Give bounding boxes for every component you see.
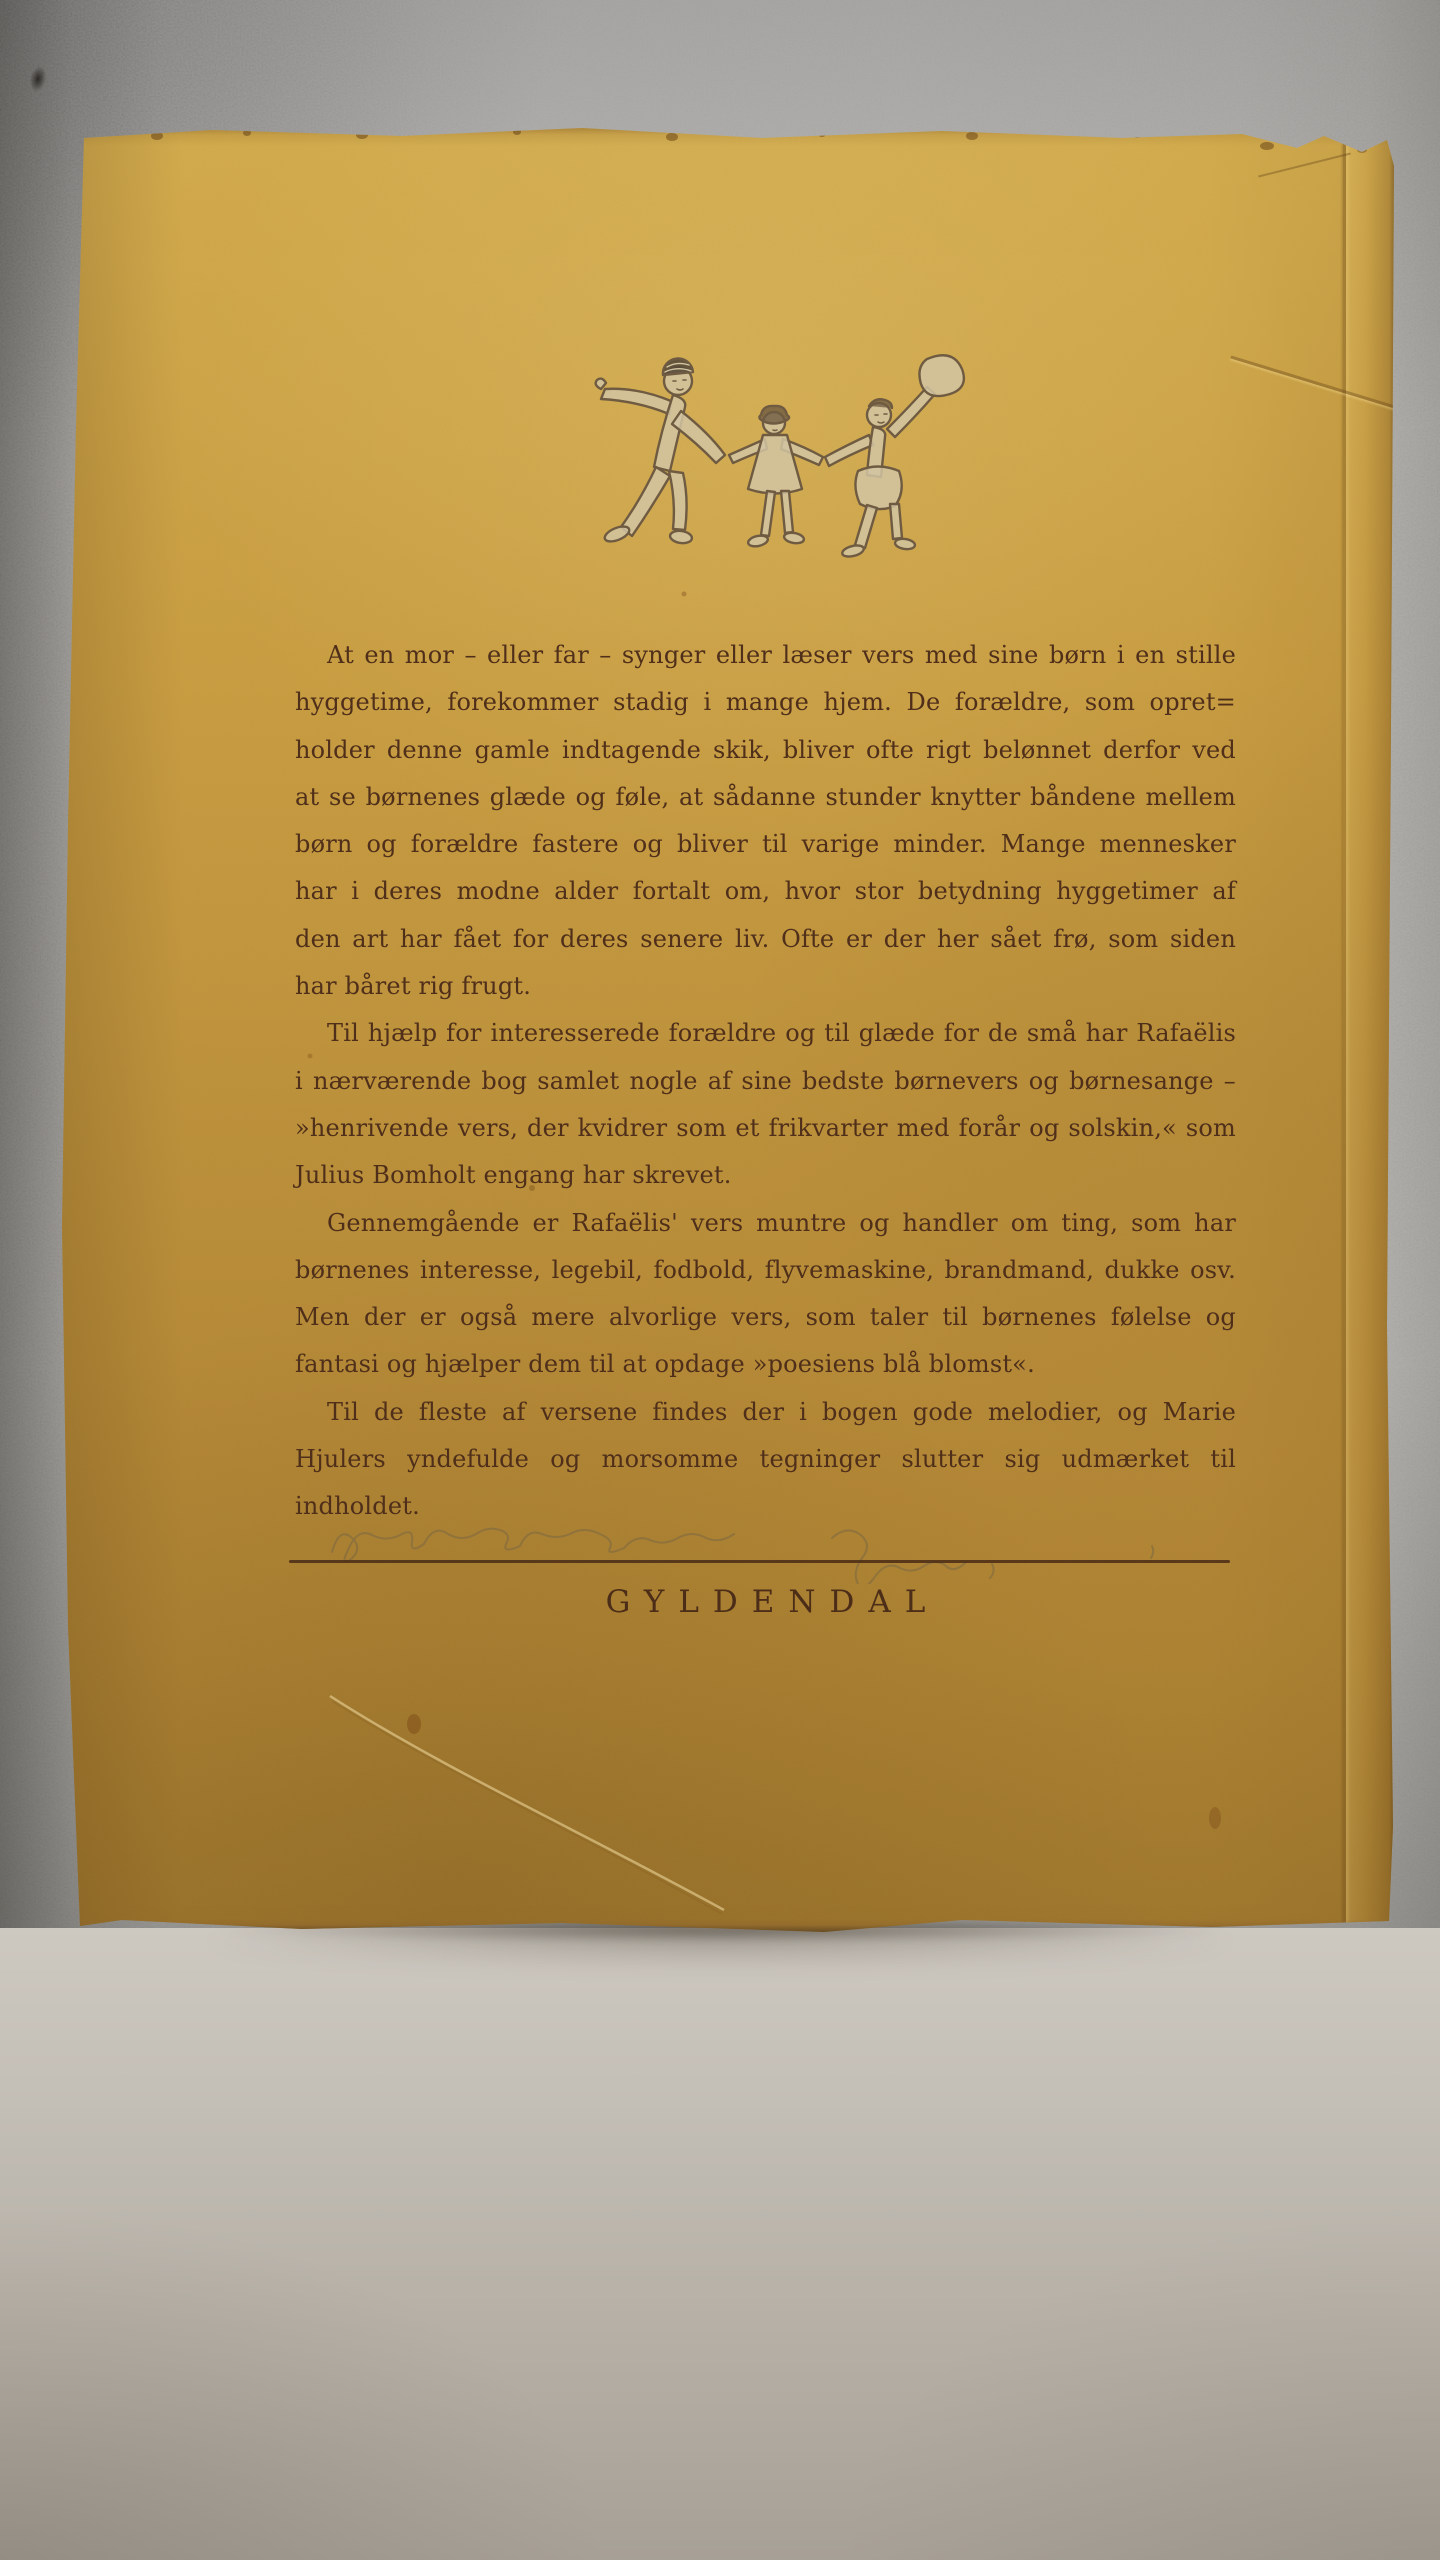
boy-waving-hat-figure bbox=[825, 355, 964, 558]
book-back-cover: At en mor – eller far – synger eller læs… bbox=[62, 126, 1394, 1932]
text-line: fantasi og hjælper dem til at opdage »po… bbox=[295, 1341, 1236, 1388]
text-line: At en mor – eller far – synger eller læs… bbox=[295, 632, 1236, 679]
text-line: Hjulers yndefulde og morsomme tegninger … bbox=[295, 1436, 1236, 1483]
text-line: børnenes interesse, legebil, fodbold, fl… bbox=[295, 1247, 1236, 1294]
text-line: »henrivende vers, der kvidrer som et fri… bbox=[295, 1105, 1236, 1152]
three-children-illustration bbox=[557, 331, 987, 591]
text-line: holder denne gamle indtagende skik, bliv… bbox=[295, 727, 1236, 774]
text-line: Men der er også mere alvorlige vers, som… bbox=[295, 1294, 1236, 1341]
floor-surface bbox=[0, 1928, 1440, 2560]
divider-rule bbox=[289, 1560, 1230, 1563]
text-line: i nærværende bog samlet nogle af sine be… bbox=[295, 1058, 1236, 1105]
publisher-wordmark: GYLDENDAL bbox=[295, 1584, 1236, 1620]
cover-text: At en mor – eller far – synger eller læs… bbox=[295, 632, 1236, 1531]
right-edge-strip bbox=[1346, 126, 1394, 1932]
text-line: har i deres modne alder fortalt om, hvor… bbox=[295, 868, 1236, 915]
girl-in-dress-figure bbox=[729, 406, 823, 548]
text-line: børn og forældre fastere og bliver til v… bbox=[295, 821, 1236, 868]
photo-of-book-back-cover: At en mor – eller far – synger eller læs… bbox=[0, 0, 1440, 2560]
bottom-crease bbox=[330, 1696, 724, 1914]
text-line: Julius Bomholt engang har skrevet. bbox=[295, 1152, 1236, 1199]
text-line: Til de fleste af versene findes der i bo… bbox=[295, 1389, 1236, 1436]
pencil-scribble bbox=[312, 1494, 1212, 1584]
text-line: hyggetime, forekommer stadig i mange hje… bbox=[295, 679, 1236, 726]
text-line: den art har fået for deres senere liv. O… bbox=[295, 916, 1236, 963]
text-line: har båret rig frugt. bbox=[295, 963, 1236, 1010]
text-line: at se børnenes glæde og føle, at sådanne… bbox=[295, 774, 1236, 821]
text-line: Gennemgående er Rafaëlis' vers muntre og… bbox=[295, 1200, 1236, 1247]
boy-with-striped-cap-figure bbox=[596, 358, 725, 591]
text-line: Til hjælp for interesserede forældre og … bbox=[295, 1010, 1236, 1057]
